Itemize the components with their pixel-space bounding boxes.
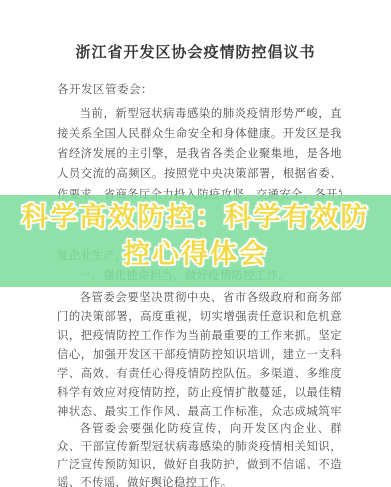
body-paragraph-1: 当前，新型冠状病毒感染的肺炎疫情形势严峻，直接关系全国人民群众生命安全和身体健康… <box>57 104 342 185</box>
overlay-headline-line1: 科学高效防控：科学有效防 <box>0 199 391 236</box>
overlay-headline-line2: 控心得体会 <box>0 236 391 273</box>
document-title: 浙江省开发区协会疫情防控倡议书 <box>0 41 391 62</box>
body-paragraph-2: 各管委会要坚决贯彻中央、省市各级政府和商务部门的决策部署，高度重视，切实增强责任… <box>57 289 342 423</box>
overlay-headline: 科学高效防控：科学有效防 控心得体会 <box>0 199 391 273</box>
salutation-line: 各开发区管委会： <box>57 81 153 97</box>
document-page: 浙江省开发区协会疫情防控倡议书 各开发区管委会： 当前，新型冠状病毒感染的肺炎疫… <box>0 0 391 487</box>
body-paragraph-3: 各管委会要强化防疫宣传，向开发区内企业、群众、干部宣传新型冠状病毒感染的肺炎疫情… <box>57 420 342 487</box>
